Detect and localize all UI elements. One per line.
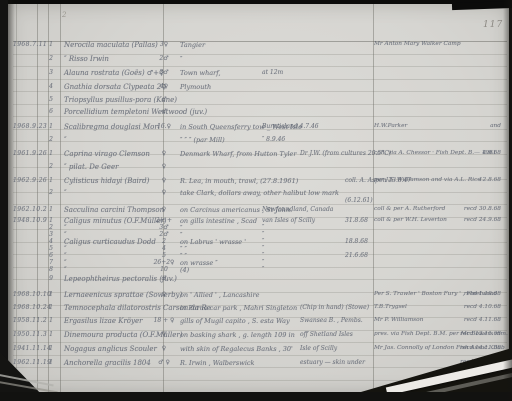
entry-count: ♀ [150,206,178,213]
entry-desc: in Forno car park , Mahri Singleton [180,304,297,312]
entry-species: Porcellidium templetoni Westwood (juv.) [64,108,207,116]
entry-desc: gills of Mugil capito , S. esta Way [180,317,290,325]
entry-no: 2 [45,55,57,62]
entry-no: 7 [45,259,57,266]
entry-date: 1968.9.23 [13,123,47,130]
entry-loc: ″ [262,238,264,245]
entry-count: ♀ [150,189,178,196]
entry-no: 1 [45,206,57,213]
entry-count: 5 [150,252,178,259]
entry-count: ♀ [150,150,178,157]
entry-desc: R. Irwin , Walberswick [180,359,254,367]
entry-species: Cylisticus hidayi (Baird) [64,177,149,185]
entry-no: 1 [45,317,57,324]
entry-species: Caligus curticaudus Dodd [64,238,156,246]
entry-no: 5 [45,245,57,252]
entry-date: 1948.10.9 [13,217,47,224]
entry-loc: ″ [262,259,264,266]
entry-date: 1968.7.11 [13,41,47,48]
entry-loc: at 12m [262,69,283,76]
entry-recd: and [450,123,504,129]
entry-note: estuary — skin under [300,359,365,366]
entry-desc: ″ [180,55,182,63]
entry-count: 2♂ [150,231,178,238]
entry-species: ″ pilat. De Geer [64,163,118,171]
entry-no: 1 [45,345,57,352]
entry-recd: recd 24.9.68 [450,217,504,223]
entry-no: 1 [45,304,57,311]
entry-presented: Mr Anton Mary Walker Camp [374,41,461,47]
page-number: 117 [483,20,503,30]
entry-loc: ″ [262,224,264,231]
entry-note2: 21.6.68 [345,252,368,259]
entry-loc: ″ 8.9.46 [262,136,285,143]
entry-no: 1 [45,177,57,184]
entry-count: 18 + ♀ [150,317,178,324]
entry-species: Ergasilus lizae Kröyer [64,317,142,325]
entry-count: ♂ [150,108,178,115]
entry-presented: coll & per A. Rutherford [374,206,445,212]
entry-recd: recd 4.10.68 [450,304,504,310]
entry-species: Caprina virago Clemson [64,150,150,158]
entry-count: ♂ [150,96,178,103]
entry-count: 2♂ [150,55,178,62]
entry-desc: on Labrus ' wrasse ' [180,238,246,246]
entry-count: 2/c + [150,217,178,224]
entry-count: ♀ [150,291,178,298]
entry-count: 3♀ [150,41,178,48]
entry-note: off Shetland Isles [300,331,353,338]
entry-note: (Chip in hand) (Stowe) [300,304,369,311]
entry-count: ♀ [150,177,178,184]
entry-count: 3♂ [150,69,178,76]
entry-note2: 18.8.68 [345,238,368,245]
entry-no: 1 [45,359,57,366]
entry-loc: ″ [262,252,264,259]
scan-edge-top [0,0,512,4]
entry-presented: H.W.Parker [374,123,407,129]
header-mark: 2 [62,11,66,19]
entry-count: ♂ ♀ [150,359,178,366]
entry-species: ″ [64,266,67,274]
entry-no: 1 [45,123,57,130]
entry-note2: 31.8.68 [345,217,368,224]
entry-recd: recd 14.11.68 [450,345,504,351]
entry-date: 1961.9.26 [13,150,47,157]
entry-loc: ″ [262,231,264,238]
entry-note: Isle of Scilly [300,345,337,352]
entry-count: 3♂ [150,224,178,231]
entry-date: 1950.11.3 [13,331,47,338]
entry-desc: Plymouth [180,83,211,91]
entry-species: Scalibregma douglasi Mori [64,123,160,131]
entry-no: 8 [45,266,57,273]
entry-desc: Town wharf, [180,69,221,77]
entry-desc: R. Lea, in mouth, trawl, (27.8.1961) [180,177,298,185]
book-gutter-left [0,0,8,401]
entry-count: 2 [150,238,178,245]
entry-loc: ″ [262,266,264,273]
entry-species: Nerocila maculata (Pallas) [64,41,158,49]
entry-recd: recd 30.8.68 [450,206,504,212]
entry-desc: with skin of Regalecus Banks , 30' [180,345,293,353]
entry-no: 1 [45,41,57,48]
entry-species: ″ Risso Irwin [64,55,109,63]
entry-no: 4 [45,238,57,245]
entry-date: 1958.11.2 [13,317,47,324]
entry-loc: van Isles of Scilly [262,217,315,224]
entry-count: ♀ [150,163,178,170]
scan-edge-right [503,0,512,401]
entry-recd: recd 4.11.68 [450,317,504,323]
entry-count: 4 [150,245,178,252]
entry-no: 1 [45,331,57,338]
entry-no: 2 [45,224,57,231]
entry-no: 6 [45,108,57,115]
entry-count: ♀ [150,331,178,338]
entry-no: 4 [45,83,57,90]
entry-count: ♂ [150,275,178,282]
entry-count: ♀ [150,345,178,352]
entry-no: 2 [45,189,57,196]
entry-presented: coll & per W.H. Leverton [374,217,447,223]
entry-date: 1962.9.26 [13,177,47,184]
entry-no: 9 [45,275,57,282]
entry-count: 26+2♀ [150,259,178,266]
entry-recd: recd 13.11.68 [450,331,504,337]
entry-desc: on ' Allied ' , Lancashire [180,291,259,299]
entry-no: 5 [45,96,57,103]
entry-loc: Newfoundland, Canada [262,206,333,213]
entry-presented: Mr P. Williamson [374,317,423,323]
ledger-scan-page: 2 117 1968.7.111Nerocila maculata (Palla… [0,0,512,401]
entry-no: 3 [45,69,57,76]
entry-count: 16.♀ [150,123,178,130]
entry-species: Anchorella gracilis 1804 [64,359,151,367]
gutter-shadow [8,0,15,401]
entry-no: 2 [45,136,57,143]
entry-date: 1962.10.2 [13,206,47,213]
entry-no: 1 [45,291,57,298]
entry-desc: on basking shark , g. length 109 in [180,331,295,339]
entry-desc: (4) [180,266,189,274]
entry-recd: 4.9.68 [450,150,504,156]
entry-no: 3 [45,231,57,238]
entry-species: ″ [64,189,67,197]
entry-recd: recd 1.10.68 [450,291,504,297]
entry-species: Nogagus anglicus Scouler [64,345,157,353]
entry-note2: (6.12.61) [345,197,373,204]
entry-count: 4♀ [150,83,178,90]
entry-desc: on gills intestine , Scad [180,217,257,225]
entry-recd: 12.8.68 [450,177,504,183]
entry-species: ″ [64,136,67,144]
entry-count: 10 [150,266,178,273]
entry-desc: Denmark Wharf, from Hutton Tyler [180,150,297,158]
entry-no: 6 [45,252,57,259]
entry-loc: Burntisland 4.7.46 [262,123,319,130]
entry-note: Swansea B. , Pembs. [300,317,363,324]
entry-desc: Tangier [180,41,205,49]
entry-desc: take Clark, dollars away, other halibut … [180,189,339,197]
entry-presented: T.B.Trygsel [374,304,407,310]
entry-loc: ″ [262,245,264,252]
entry-no: 2 [45,163,57,170]
entry-no: 1 [45,217,57,224]
scan-edge-bottom [0,392,512,401]
entry-desc: ″ ″ ″ (par Mill) [180,136,225,144]
entry-no: 1 [45,150,57,157]
